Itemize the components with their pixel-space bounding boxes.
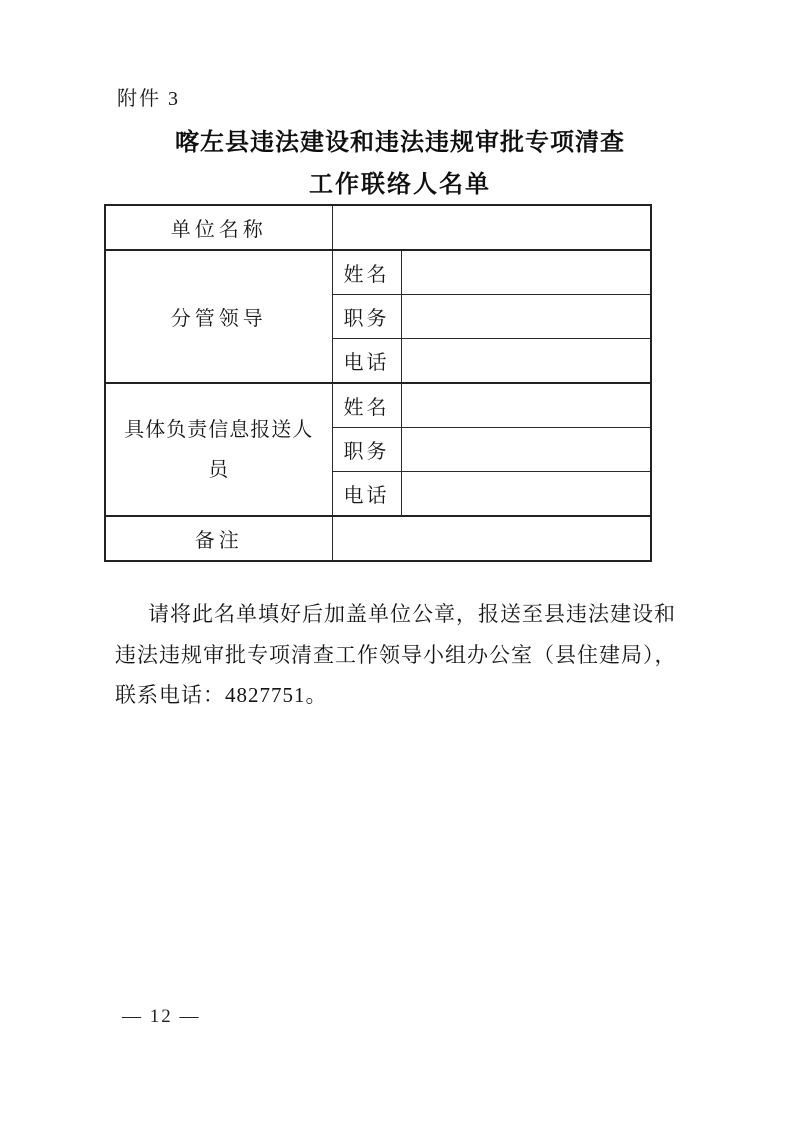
unit-name-label: 单位名称 [105, 205, 332, 250]
note-line-1: 请将此名单填好后加盖单位公章，报送至县违法建设和 [115, 594, 715, 635]
document-title-line1: 喀左县违法建设和违法违规审批专项清查 [0, 122, 800, 164]
remarks-value-cell [332, 516, 651, 561]
document-title: 喀左县违法建设和违法违规审批专项清查 工作联络人名单 [0, 122, 800, 206]
note-paragraph: 请将此名单填好后加盖单位公章，报送至县违法建设和 违法违规审批专项清查工作领导小… [115, 594, 715, 716]
document-page: 附件 3 喀左县违法建设和违法违规审批专项清查 工作联络人名单 单位名称 分管领… [0, 0, 800, 1130]
note-line-2: 违法违规审批专项清查工作领导小组办公室（县住建局）， [115, 635, 715, 676]
submitter-position-value-cell [401, 428, 651, 472]
leader-phone-label: 电话 [332, 339, 401, 384]
remarks-label: 备注 [105, 516, 332, 561]
table-row-leader-name: 分管领导 姓名 [105, 250, 651, 295]
attachment-label: 附件 3 [117, 82, 180, 111]
note-line-3: 联系电话：4827751。 [115, 675, 715, 716]
leader-name-value-cell [401, 250, 651, 295]
submitter-name-value-cell [401, 383, 651, 428]
contact-list-table: 单位名称 分管领导 姓名 职务 电话 具体负责信息报送人员 姓名 [104, 204, 652, 562]
submitter-group-label: 具体负责信息报送人员 [105, 383, 332, 516]
table-row-submitter-name: 具体负责信息报送人员 姓名 [105, 383, 651, 428]
leader-position-label: 职务 [332, 295, 401, 339]
submitter-phone-value-cell [401, 472, 651, 517]
unit-name-value-cell [332, 205, 651, 250]
submitter-name-label: 姓名 [332, 383, 401, 428]
page-number: — 12 — [122, 1006, 201, 1028]
leader-name-label: 姓名 [332, 250, 401, 295]
leader-phone-value-cell [401, 339, 651, 384]
leader-position-value-cell [401, 295, 651, 339]
submitter-phone-label: 电话 [332, 472, 401, 517]
submitter-position-label: 职务 [332, 428, 401, 472]
leader-group-label: 分管领导 [105, 250, 332, 383]
document-title-line2: 工作联络人名单 [0, 164, 800, 206]
table-row-unit-name: 单位名称 [105, 205, 651, 250]
table-row-remarks: 备注 [105, 516, 651, 561]
